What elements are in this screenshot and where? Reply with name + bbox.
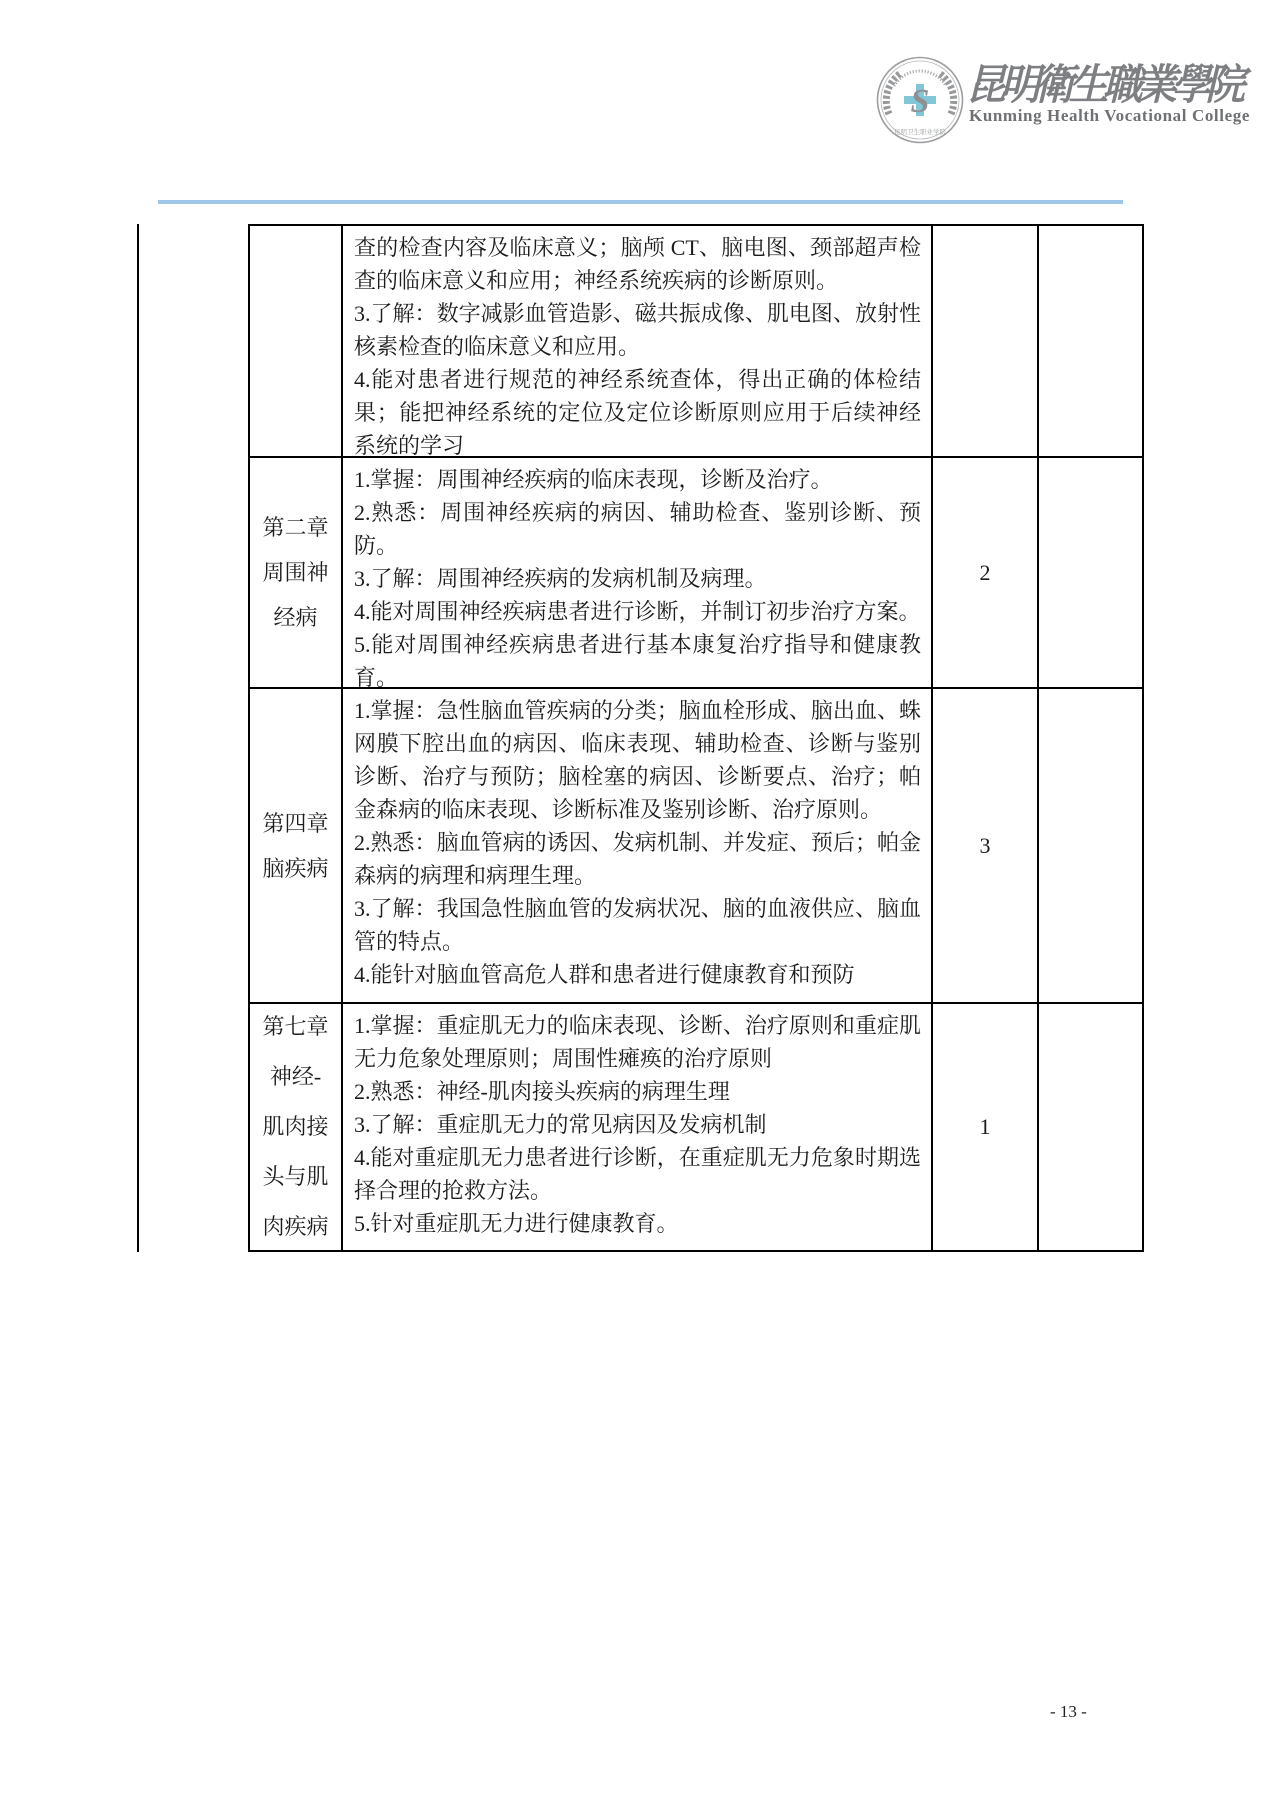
chapter-line: 第四章 — [262, 801, 328, 846]
hours-cell: 2 — [933, 458, 1039, 687]
chapter-cell: 第七章 神经- 肌肉接 头与肌 肉疾病 — [250, 1004, 343, 1250]
college-name-zh: 昆明衛生職業學院 — [966, 52, 1251, 108]
chapter-line: 肌肉接 — [262, 1102, 328, 1152]
hours-cell: 1 — [933, 1004, 1039, 1250]
chapter-line: 神经- — [270, 1052, 321, 1102]
empty-cell — [1039, 689, 1142, 1002]
objective-item: 4.能对周围神经疾病患者进行诊断，并制订初步治疗方案。 — [354, 595, 921, 628]
empty-cell — [1039, 1004, 1142, 1250]
objectives-cell: 1.掌握：周围神经疾病的临床表现，诊断及治疗。 2.熟悉：周围神经疾病的病因、辅… — [343, 458, 933, 687]
hours-cell: 3 — [933, 689, 1039, 1002]
objectives-cell: 1.掌握：急性脑血管疾病的分类；脑血栓形成、脑出血、蛛网膜下腔出血的病因、临床表… — [343, 689, 933, 1002]
objective-item: 2.熟悉：神经-肌肉接头疾病的病理生理 — [354, 1075, 921, 1108]
svg-text:昆明卫生职业学院: 昆明卫生职业学院 — [894, 127, 947, 136]
objective-item: 3.了解：周围神经疾病的发病机制及病理。 — [354, 562, 921, 595]
table-body: 查的检查内容及临床意义；脑颅 CT、脑电图、颈部超声检查的临床意义和应用；神经系… — [248, 224, 1144, 1252]
table-row: 第二章 周围神 经病 1.掌握：周围神经疾病的临床表现，诊断及治疗。 2.熟悉：… — [250, 458, 1142, 689]
page-number: - 13 - — [1050, 1702, 1150, 1722]
header-rule — [158, 200, 1123, 204]
empty-cell — [1039, 458, 1142, 687]
objective-item: 1.掌握：周围神经疾病的临床表现，诊断及治疗。 — [354, 463, 921, 496]
chapter-line: 周围神 — [262, 550, 328, 595]
chapter-line: 第二章 — [262, 505, 328, 550]
objective-item: 2.熟悉：周围神经疾病的病因、辅助检查、鉴别诊断、预防。 — [354, 496, 921, 562]
objective-item: 5.针对重症肌无力进行健康教育。 — [354, 1207, 921, 1240]
objective-item: 2.熟悉：脑血管病的诱因、发病机制、并发症、预后；帕金森病的病理和病理生理。 — [354, 826, 921, 892]
table-continuation-border — [137, 224, 139, 1252]
chapter-cell: 第四章 脑疾病 — [250, 689, 343, 1002]
chapter-line: 肉疾病 — [262, 1202, 328, 1250]
college-name-en: Kunming Health Vocational College — [969, 106, 1269, 126]
chapter-cell — [250, 226, 343, 456]
objective-item: 1.掌握：急性脑血管疾病的分类；脑血栓形成、脑出血、蛛网膜下腔出血的病因、临床表… — [354, 694, 921, 826]
objective-item: 5.能对周围神经疾病患者进行基本康复治疗指导和健康教育。 — [354, 628, 921, 689]
table-row: 第四章 脑疾病 1.掌握：急性脑血管疾病的分类；脑血栓形成、脑出血、蛛网膜下腔出… — [250, 689, 1142, 1004]
chapter-line: 经病 — [273, 595, 317, 640]
chapter-line: 脑疾病 — [262, 846, 328, 891]
objective-item: 3.了解：数字减影血管造影、磁共振成像、肌电图、放射性核素检查的临床意义和应用。 — [354, 297, 921, 363]
objective-item: 4.能对患者进行规范的神经系统查体，得出正确的体检结果；能把神经系统的定位及定位… — [354, 363, 921, 458]
objectives-cell: 查的检查内容及临床意义；脑颅 CT、脑电图、颈部超声检查的临床意义和应用；神经系… — [343, 226, 933, 456]
objective-item: 3.了解：重症肌无力的常见病因及发病机制 — [354, 1108, 921, 1141]
objective-item: 4.能对重症肌无力患者进行诊断，在重症肌无力危象时期选择合理的抢救方法。 — [354, 1141, 921, 1207]
empty-cell — [1039, 226, 1142, 456]
objective-item: 4.能针对脑血管高危人群和患者进行健康教育和预防 — [354, 958, 921, 991]
chapter-line: 头与肌 — [262, 1152, 328, 1202]
table-row: 查的检查内容及临床意义；脑颅 CT、脑电图、颈部超声检查的临床意义和应用；神经系… — [250, 226, 1142, 458]
table-row: 第七章 神经- 肌肉接 头与肌 肉疾病 1.掌握：重症肌无力的临床表现、诊断、治… — [250, 1004, 1142, 1250]
svg-text:S: S — [911, 83, 930, 120]
document-page: S 昆明卫生职业学院 昆明衛生職業學院 Kunming Health Vocat… — [0, 0, 1274, 1801]
hours-cell — [933, 226, 1039, 456]
objective-item: 1.掌握：重症肌无力的临床表现、诊断、治疗原则和重症肌无力危象处理原则；周围性瘫… — [354, 1009, 921, 1075]
objective-item: 3.了解：我国急性脑血管的发病状况、脑的血液供应、脑血管的特点。 — [354, 892, 921, 958]
curriculum-table: 查的检查内容及临床意义；脑颅 CT、脑电图、颈部超声检查的临床意义和应用；神经系… — [137, 224, 1144, 1252]
objectives-cell: 1.掌握：重症肌无力的临床表现、诊断、治疗原则和重症肌无力危象处理原则；周围性瘫… — [343, 1004, 933, 1250]
objective-item: 查的检查内容及临床意义；脑颅 CT、脑电图、颈部超声检查的临床意义和应用；神经系… — [354, 231, 921, 297]
chapter-line: 第七章 — [262, 1004, 328, 1052]
college-seal-icon: S 昆明卫生职业学院 — [876, 56, 964, 144]
chapter-cell: 第二章 周围神 经病 — [250, 458, 343, 687]
